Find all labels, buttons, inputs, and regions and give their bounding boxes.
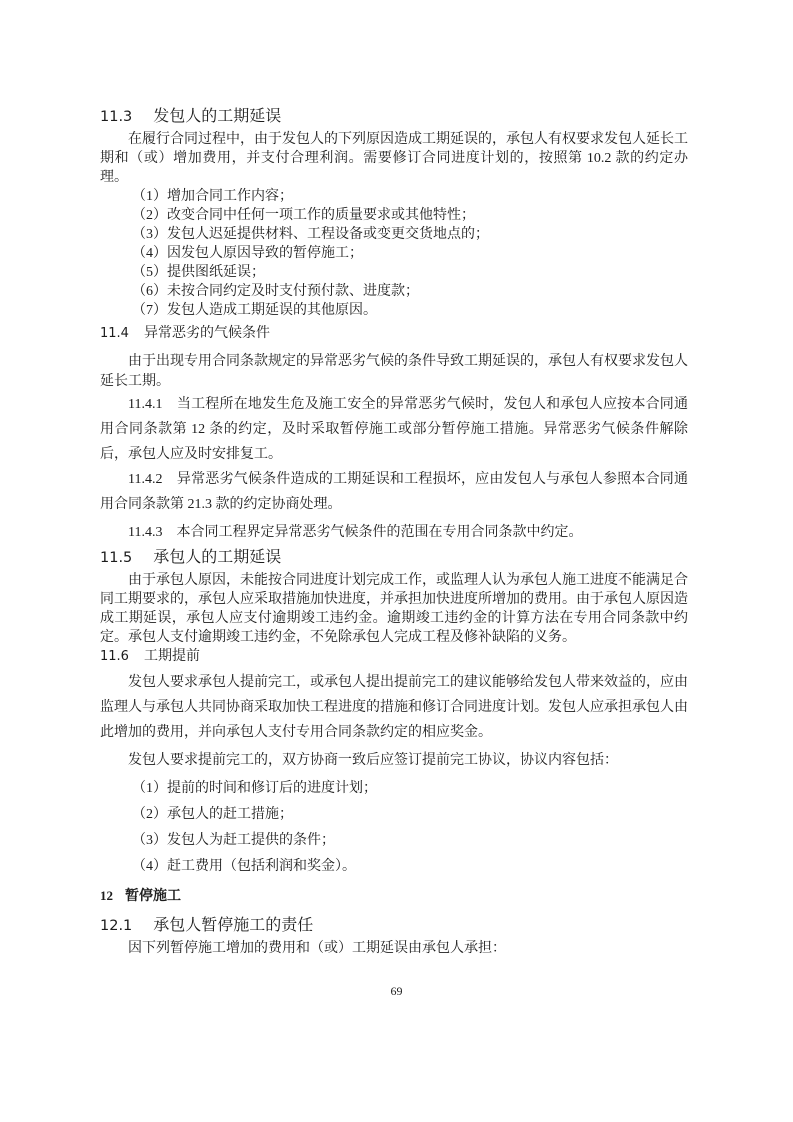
section-title: 承包人的工期延误 — [153, 549, 281, 566]
paragraph-11-6-first: 发包人要求承包人提前完工，或承包人提出提前完工的建议能够给发包人带来效益的，应由… — [100, 670, 688, 745]
paragraph-11-4-intro: 由于出现专用合同条款规定的异常恶劣气候的条件导致工期延误的，承包人有权要求发包人… — [100, 352, 688, 392]
section-heading-11-3: 11.3发包人的工期延误 — [100, 104, 688, 130]
list-item: （2）改变合同中任何一项工作的质量要求或其他特性； — [100, 206, 688, 225]
page-number: 69 — [0, 984, 793, 999]
chapter-heading-12: 12暂停施工 — [100, 886, 688, 907]
section-heading-11-5: 11.5承包人的工期延误 — [100, 545, 688, 571]
section-title: 工期提前 — [144, 649, 200, 664]
section-heading-11-6: 11.6工期提前 — [100, 647, 688, 667]
list-item: （1）提前的时间和修订后的进度计划； — [100, 776, 688, 802]
section-number: 11.3 — [100, 109, 132, 125]
list-item: （4）赶工费用（包括利润和奖金）。 — [100, 854, 688, 880]
section-heading-11-4: 11.4异常恶劣的气候条件 — [100, 324, 688, 344]
page-content: 11.3发包人的工期延误 在履行合同过程中，由于发包人的下列原因造成工期延误的，… — [100, 104, 688, 958]
section-heading-12-1: 12.1承包人暂停施工的责任 — [100, 913, 688, 939]
list-item: （5）提供图纸延误； — [100, 263, 688, 282]
section-number: 11.4 — [100, 326, 129, 341]
section-title: 异常恶劣的气候条件 — [144, 326, 270, 341]
list-item: （7）发包人造成工期延误的其他原因。 — [100, 301, 688, 320]
section-title: 承包人暂停施工的责任 — [153, 917, 313, 934]
list-item: （2）承包人的赶工措施； — [100, 802, 688, 828]
chapter-title: 暂停施工 — [125, 889, 181, 904]
clause-11-4-3: 11.4.3 本合同工程界定异常恶劣气候条件的范围在专用合同条款中约定。 — [100, 520, 688, 545]
paragraph-12-1-intro: 因下列暂停施工增加的费用和（或）工期延误由承包人承担： — [100, 939, 688, 958]
list-item: （6）未按合同约定及时支付预付款、进度款； — [100, 282, 688, 301]
list-item: （1）增加合同工作内容； — [100, 187, 688, 206]
document-page: 11.3发包人的工期延误 在履行合同过程中，由于发包人的下列原因造成工期延误的，… — [0, 0, 793, 1122]
list-item: （3）发包人迟延提供材料、工程设备或变更交货地点的； — [100, 225, 688, 244]
section-number: 11.6 — [100, 649, 129, 664]
section-number: 12.1 — [100, 918, 132, 934]
section-number: 11.5 — [100, 550, 132, 566]
paragraph-11-5-intro: 由于承包人原因，未能按合同进度计划完成工作，或监理人认为承包人施工进度不能满足合… — [100, 571, 688, 647]
list-item: （4）因发包人原因导致的暂停施工； — [100, 244, 688, 263]
paragraph-11-3-intro: 在履行合同过程中，由于发包人的下列原因造成工期延误的，承包人有权要求发包人延长工… — [100, 130, 688, 187]
clause-11-4-1: 11.4.1 当工程所在地发生危及施工安全的异常恶劣气候时，发包人和承包人应按本… — [100, 392, 688, 467]
paragraph-11-6-second: 发包人要求提前完工的，双方协商一致后应签订提前完工协议，协议内容包括： — [100, 748, 688, 773]
chapter-number: 12 — [100, 888, 113, 903]
clause-11-4-2: 11.4.2 异常恶劣气候条件造成的工期延误和工程损坏，应由发包人与承包人参照本… — [100, 467, 688, 517]
section-title: 发包人的工期延误 — [153, 108, 281, 125]
list-item: （3）发包人为赶工提供的条件； — [100, 828, 688, 854]
list-11-6: （1）提前的时间和修订后的进度计划； （2）承包人的赶工措施； （3）发包人为赶… — [100, 776, 688, 880]
list-11-3: （1）增加合同工作内容； （2）改变合同中任何一项工作的质量要求或其他特性； （… — [100, 187, 688, 320]
